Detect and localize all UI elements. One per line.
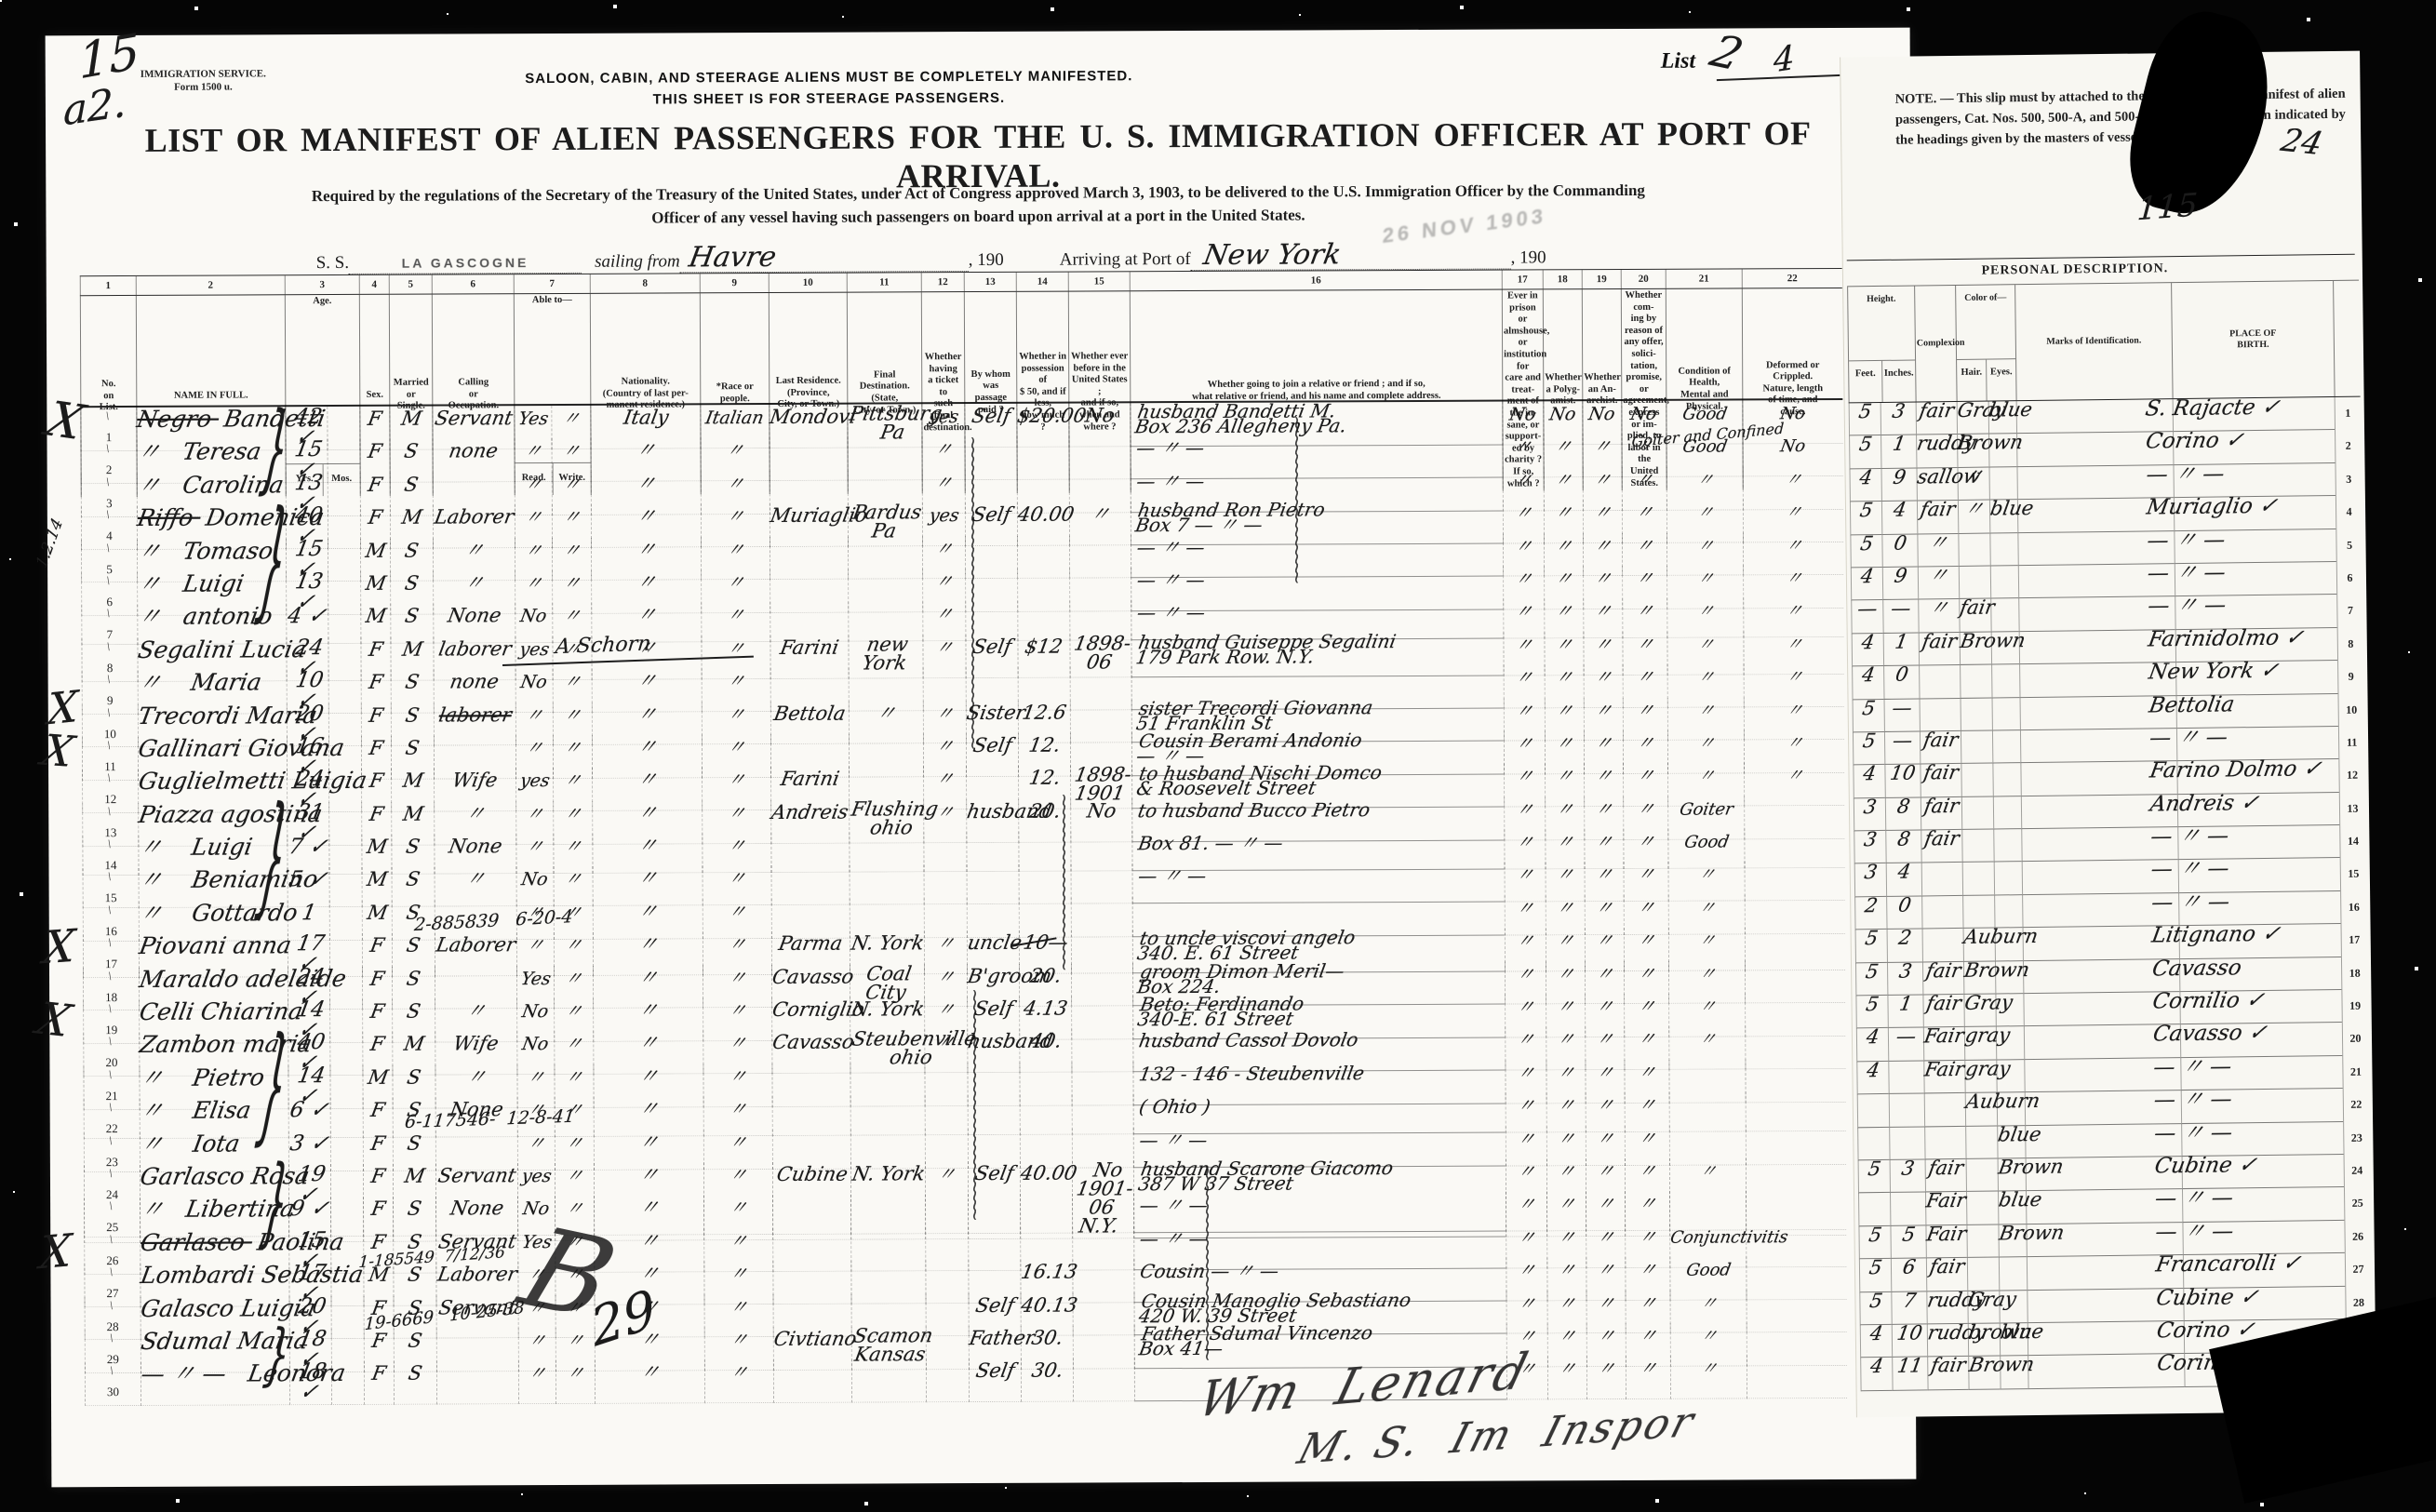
col-label: Able to—: [515, 294, 590, 308]
hw-c20: 〃: [1636, 768, 1656, 784]
slip-cell-cx: Fair: [1923, 1061, 1964, 1094]
cell-c19: 〃: [1586, 1356, 1626, 1399]
slip-cell-inch: 4: [1881, 502, 1917, 535]
slip-cell-inch: 8: [1885, 831, 1921, 864]
slip-cell-pob: Corino ✓: [2173, 430, 2335, 465]
cell-res: [773, 1359, 851, 1403]
slip-cell-cx: ruddy: [1926, 1291, 1967, 1324]
slip-cell-hair: [1967, 1258, 1999, 1291]
col-header: Calling or Occupation.: [432, 294, 515, 495]
hw-nat: 〃: [636, 705, 658, 724]
hw-c19: 〃: [1596, 1360, 1616, 1377]
slip-cell-pob: — 〃 —: [2182, 1187, 2344, 1223]
slip-cell-sn: 4: [2336, 496, 2362, 529]
slip-cell-inch: 2: [1887, 930, 1922, 963]
hw-c17: 〃: [1515, 834, 1535, 850]
slip-cell-pob: — 〃 —: [2178, 891, 2340, 927]
row-tick: \: [85, 1264, 137, 1279]
hw-race: 〃: [727, 771, 747, 788]
hw-occ: Laborer: [435, 936, 516, 955]
form-id: IMMIGRATION SERVICE. Form 1500 u.: [141, 68, 266, 94]
hw-pob: — 〃 —: [2152, 1091, 2233, 1112]
hw-ticket: 〃: [936, 1035, 957, 1051]
slip-cell-inch: 0: [1886, 896, 1921, 930]
hw-c17: 〃: [1516, 1098, 1536, 1115]
hw-c17: 〃: [1514, 702, 1534, 719]
hw-money: 30.: [1030, 1362, 1064, 1381]
slip-cell-cx: fair: [1917, 501, 1958, 534]
slip-header-row: Height. Feet. Inches. Complexion Color o…: [1847, 280, 2360, 404]
slip-cell-ft: 5: [1850, 502, 1881, 535]
hw-ticket: yes: [928, 507, 960, 524]
hw-inch: 1: [1898, 996, 1914, 1014]
slip-cell-cx: [1924, 1126, 1965, 1159]
slip-cell-ft: 4: [1852, 634, 1883, 667]
hw-yrs: 1: [301, 903, 317, 924]
cell-ms: S: [394, 1361, 436, 1405]
hw-health: 〃: [1696, 769, 1716, 784]
col-number: 3: [285, 275, 359, 294]
cell-money: 30.: [1021, 1358, 1073, 1402]
hw-ft: 5: [1857, 435, 1873, 454]
hw-sex: F: [370, 1200, 387, 1219]
cell-dest: Flushing ohio: [849, 799, 923, 843]
annotation-list-no: 4: [1773, 44, 1795, 77]
slip-cell-inch: [1890, 1193, 1925, 1226]
hw-c17: 〃: [1516, 1064, 1536, 1081]
col-header: *Race or people.: [700, 293, 770, 494]
col-number: 11: [847, 273, 921, 291]
hw-c17: 〃: [1513, 439, 1533, 456]
col-header: Whether com- ing by reason of any offer,…: [1621, 289, 1666, 490]
slip-cell-ft: [1857, 1094, 1889, 1128]
hw-health: 〃: [1696, 735, 1716, 751]
hw-cx: fair: [1925, 995, 1962, 1013]
hw-pob: Corino ✓: [2155, 1320, 2256, 1342]
col-number: 20: [1621, 270, 1666, 288]
hw-ticket: 〃: [934, 639, 955, 656]
color-of-label: Color of—: [1956, 290, 2014, 306]
hw-read: 〃: [523, 542, 543, 559]
slip-cell-sn: 24: [2344, 1155, 2370, 1188]
hw-ms: S: [406, 1003, 422, 1022]
hw-c17: 〃: [1517, 1229, 1537, 1246]
slip-cell-cx: fair: [1925, 1159, 1966, 1193]
hw-c18: 〃: [1557, 1197, 1577, 1213]
annotation-slip-no-115: 115: [2136, 191, 2199, 223]
hw-c17: 〃: [1515, 933, 1535, 950]
hw-nat: 〃: [637, 1133, 660, 1152]
hw-cx: 〃: [1927, 567, 1949, 585]
slip-cell-eyes: [1999, 1257, 2027, 1291]
hw-def: 〃: [1784, 570, 1803, 586]
hw-read: yes: [520, 1168, 553, 1184]
hw-eyes: blue: [1997, 1191, 2042, 1211]
slip-cell-ft: 5: [1859, 1291, 1891, 1325]
col-number: 22: [1742, 269, 1842, 288]
row-tick: \: [85, 1232, 137, 1247]
hw-eyes: blue: [1988, 401, 2033, 421]
slip-cell-ft: 5: [1855, 930, 1887, 963]
slip-cell-pob: Muriaglio ✓: [2174, 496, 2336, 531]
row-tick: \: [86, 1298, 138, 1313]
col-number: 15: [1068, 272, 1130, 290]
col-number: 19: [1582, 270, 1621, 288]
hw-occ: Servant: [436, 1167, 517, 1185]
hw-money: 4.13: [1023, 1000, 1069, 1019]
hw-dest: N. York: [850, 1000, 925, 1019]
hw-rel: sister Trecordi Giovanna 51 Franklin St: [1130, 700, 1374, 730]
slip-cell-hair: Gray: [1967, 1291, 1999, 1324]
hw-c20: 〃: [1635, 636, 1655, 653]
col-label: Ever in prison or almshouse, or institut…: [1503, 289, 1544, 490]
hw-c20: 〃: [1638, 1196, 1658, 1212]
hw-dest: Scamon Kansas: [849, 1327, 934, 1364]
hw-cx: fair: [1919, 501, 1956, 519]
row-tick: \: [83, 672, 135, 687]
col-number: 14: [1016, 273, 1068, 291]
hw-ms: S: [407, 1200, 423, 1219]
hw-c17: 〃: [1516, 998, 1536, 1015]
slip-cell-ft: 5: [1858, 1160, 1890, 1194]
hw-ms: S: [407, 1266, 423, 1285]
col-number: 13: [964, 273, 1016, 291]
hw-ft: 4: [1868, 1358, 1884, 1376]
hw-rel: groom Dimon Meril— Box 224.: [1131, 963, 1345, 994]
slip-cell-ft: 3: [1854, 798, 1885, 832]
hw-race: 〃: [728, 1101, 748, 1117]
annotation-x-mark: X: [39, 1231, 73, 1275]
height-column-header: Height. Feet. Inches.: [1847, 287, 1916, 403]
hw-health: 〃: [1695, 472, 1715, 488]
slip-cell-hair: gray: [1964, 1027, 1996, 1061]
hw-c18: 〃: [1556, 1032, 1576, 1049]
hw-ft: 4: [1860, 666, 1876, 685]
row-tick: \: [83, 704, 135, 719]
hw-health: 〃: [1697, 900, 1717, 916]
hw-nat: 〃: [636, 804, 659, 823]
slip-cell-cx: fair: [1922, 962, 1963, 996]
hw-c19: 〃: [1593, 669, 1613, 686]
slip-cell-ft: 5: [1849, 403, 1881, 436]
annotation-x-mark: X: [42, 927, 76, 970]
hw-inch: —: [1891, 699, 1913, 717]
hw-ticket: 〃: [933, 442, 954, 459]
hw-health: 〃: [1696, 636, 1716, 652]
hw-pob: — 〃 —: [2152, 1123, 2233, 1144]
hw-def: 〃: [1784, 538, 1803, 554]
hw-ft: 4: [1858, 469, 1874, 488]
hw-health: Good: [1683, 835, 1731, 850]
hw-write: 〃: [562, 674, 582, 690]
hw-name: 〃 Maria: [137, 671, 263, 693]
hw-pob: — 〃 —: [2152, 1057, 2233, 1078]
hw-health: 〃: [1696, 702, 1716, 718]
hw-pob: — 〃 —: [2149, 892, 2230, 914]
hw-c19: 〃: [1596, 1196, 1616, 1212]
slip-cell-cx: fair: [1921, 830, 1961, 863]
hw-rel: — 〃 —: [1130, 474, 1205, 488]
slip-cell-cx: sallow: [1916, 468, 1957, 502]
hw-name: Segalini Lucia: [136, 638, 308, 662]
cell-dest: Scamon Kansas: [851, 1326, 926, 1370]
hw-rel: husband Guiseppe Segalini 179 Park Row. …: [1130, 634, 1398, 664]
hw-write: 〃: [564, 1069, 584, 1086]
hw-health: 〃: [1697, 999, 1717, 1015]
col-label: NAME IN FULL.: [137, 389, 285, 403]
hw-race: 〃: [726, 673, 746, 689]
hw-pob: Andreis ✓: [2148, 794, 2260, 815]
hw-c19: 〃: [1593, 702, 1613, 719]
hw-sex: M: [366, 904, 389, 923]
manifest-row: \30— 〃 — Leonora18 ✓FS〃〃〃〃Self30.〃〃〃〃〃: [85, 1355, 1847, 1396]
col-label: Whether com- ing by reason of any offer,…: [1622, 289, 1666, 490]
hw-ms: S: [404, 674, 421, 692]
hw-c19: 〃: [1594, 900, 1614, 917]
hw-c17: 〃: [1517, 1263, 1537, 1279]
hw-race: 〃: [726, 574, 746, 591]
hw-pob: — 〃 —: [2148, 728, 2229, 749]
cell-ever: [1073, 1358, 1134, 1402]
hw-sex: F: [368, 706, 384, 725]
hw-pob: — 〃 —: [2154, 1222, 2235, 1243]
date-suffix-1: , 190: [969, 250, 1004, 271]
col-header: Ever in prison or almshouse, or institut…: [1502, 289, 1544, 490]
slip-cell-inch: 9: [1882, 567, 1918, 600]
hw-def: 〃: [1785, 768, 1804, 783]
slip-cell-cx: Fair: [1925, 1225, 1966, 1259]
hw-c20: 〃: [1638, 1294, 1658, 1311]
col-number: 2: [136, 275, 285, 295]
hw-sex: M: [364, 542, 387, 560]
slip-cell-ft: 5: [1855, 996, 1887, 1029]
slip-cell-ft: 4: [1860, 1358, 1892, 1391]
hw-def: 〃: [1785, 735, 1804, 751]
hw-c20: 〃: [1636, 932, 1656, 949]
slip-cell-cx: 〃: [1917, 534, 1958, 568]
hw-c20: 〃: [1637, 1031, 1657, 1048]
hw-c18: 〃: [1553, 538, 1573, 555]
hw-ms: S: [406, 1068, 422, 1087]
hw-c20: 〃: [1635, 735, 1655, 752]
row-tick: \: [83, 836, 135, 851]
hw-inch: 10: [1895, 1324, 1923, 1343]
hw-ms: M: [399, 410, 422, 429]
slip-cell-hair: [1961, 796, 1993, 830]
hw-race: 〃: [725, 542, 745, 558]
hw-pob: Muriaglio ✓: [2145, 497, 2279, 519]
slip-cell-eyes: [1989, 533, 2017, 567]
hw-sex: M: [365, 838, 388, 857]
hw-sex: F: [367, 476, 383, 495]
hw-nat: 〃: [636, 673, 658, 691]
hw-money: 40.: [1028, 1033, 1063, 1051]
hw-c19: 〃: [1596, 1229, 1616, 1246]
slip-cell-eyes: [1988, 467, 2016, 501]
list-label: List: [1661, 49, 1695, 74]
slip-cell-ft: 2: [1854, 897, 1886, 930]
hw-c20: 〃: [1636, 900, 1656, 917]
hw-write: 〃: [563, 871, 583, 888]
hw-ticket: 〃: [936, 1001, 957, 1018]
hw-pob: — 〃 —: [2145, 464, 2226, 486]
hw-ft: 4: [1868, 1325, 1884, 1344]
hw-occ: 〃: [465, 1068, 488, 1087]
hw-money: $20.00: [1016, 407, 1088, 425]
hw-ft: 5: [1864, 963, 1880, 982]
hw-c18: No: [1548, 406, 1577, 422]
hw-health: 〃: [1696, 670, 1716, 686]
cell-c20: 〃: [1626, 1356, 1670, 1399]
hw-paid: Self: [974, 1296, 1016, 1315]
hw-health: 〃: [1695, 604, 1715, 620]
slip-cell-sn: 17: [2341, 924, 2367, 957]
hw-name: 〃 Iota: [139, 1132, 242, 1155]
hw-pob: Farino Dolmo ✓: [2148, 759, 2323, 782]
hw-c17: 〃: [1515, 900, 1535, 917]
hw-c17: 〃: [1514, 570, 1534, 587]
hw-name: 〃 Tomaso: [136, 540, 274, 562]
hw-c20: 〃: [1637, 1130, 1657, 1146]
hw-read: 〃: [523, 476, 543, 493]
col-header: Whether ever before in the United States…: [1068, 291, 1131, 492]
annotation-slip-no-24: 24: [2279, 127, 2326, 158]
slip-cell-sn: 23: [2343, 1121, 2369, 1155]
row-tick: \: [82, 573, 134, 588]
arrival-port-field: New York: [1191, 242, 1511, 272]
hw-race: 〃: [725, 442, 745, 459]
hw-sex: F: [370, 1332, 387, 1351]
slip-cell-eyes: Brown: [1998, 1224, 2026, 1258]
hw-res: Civtiano: [772, 1331, 858, 1349]
hw-rel: — 〃 —: [1132, 1132, 1208, 1147]
hw-c18: 〃: [1554, 604, 1574, 621]
hw-nat: 〃: [637, 1035, 660, 1053]
hw-inch: 8: [1896, 831, 1912, 850]
cell-paid: Self: [969, 1358, 1021, 1402]
hw-res: Cavasso: [770, 968, 855, 986]
hw-ms: M: [400, 509, 423, 528]
hw-money: 40.00: [1019, 1165, 1078, 1184]
col-header: Whether in possession of $ 50, and if le…: [1016, 292, 1069, 493]
slip-cell-cx: 〃: [1918, 567, 1959, 600]
hw-race: 〃: [728, 1068, 748, 1085]
slip-cell-sn: 19: [2341, 990, 2367, 1024]
hw-sex: F: [368, 674, 384, 692]
hw-c18: 〃: [1554, 702, 1574, 719]
slip-cell-hair: 〃: [1958, 501, 1989, 534]
hw-read: 〃: [526, 1069, 546, 1086]
hw-race: 〃: [727, 837, 747, 854]
row-tick: \: [84, 969, 136, 983]
row-tick: \: [84, 1034, 136, 1049]
slip-cell-pob: Farinidolmo ✓: [2175, 628, 2337, 663]
slip-cell-eyes: [1992, 698, 2020, 731]
slip-cell-sn: 3: [2335, 462, 2361, 496]
hw-inch: —: [1894, 1028, 1917, 1047]
hw-race: 〃: [729, 1299, 749, 1316]
hw-yrs: 5 ✓: [288, 871, 329, 891]
hw-c17: 〃: [1513, 538, 1533, 555]
hw-c17: 〃: [1514, 636, 1534, 653]
hw-cx: fair: [1921, 633, 1958, 651]
slip-cell-pob: Cubine ✓: [2183, 1286, 2345, 1321]
hw-inch: 10: [1889, 765, 1917, 783]
hw-sex: F: [369, 1102, 386, 1120]
hw-read: 〃: [524, 575, 544, 592]
hw-ticket: 〃: [934, 606, 955, 622]
slip-cell-inch: 5: [1890, 1225, 1925, 1259]
hw-eyes: blue: [1997, 1125, 2042, 1144]
hw-rel: Cousin Manoglio Sebastiano 420 W. 39 Str…: [1132, 1292, 1412, 1323]
hw-occ: None: [448, 1200, 504, 1219]
col-number: 7: [514, 274, 590, 293]
hw-write: 〃: [563, 806, 583, 823]
hw-read: 〃: [525, 838, 545, 855]
hw-rel: — 〃 —: [1131, 605, 1206, 620]
slip-cell-eyes: [1991, 664, 2019, 698]
cell-sex: F: [364, 1361, 394, 1405]
slip-cell-hair: Brown: [1957, 435, 1988, 468]
hw-res: Cubine: [775, 1166, 849, 1184]
hw-c17: 〃: [1516, 1163, 1536, 1180]
slip-cell-pob: — 〃 —: [2175, 595, 2336, 630]
hw-ticket: 〃: [933, 475, 954, 491]
complexion-column-header: Complexion: [1914, 286, 1957, 402]
hw-ms: S: [406, 1134, 422, 1153]
hw-pob: Cornilio ✓: [2151, 991, 2266, 1012]
hw-ft: 4: [1862, 765, 1878, 783]
cell-dest: Pardus Pa: [848, 502, 922, 546]
col-number: 10: [769, 274, 847, 292]
hw-pob: — 〃 —: [2146, 563, 2227, 584]
hw-c18: 〃: [1557, 1262, 1577, 1278]
slip-cell-inch: 11: [1892, 1358, 1927, 1391]
slip-cell-ft: 5: [1853, 732, 1884, 766]
steerage-line2: THIS SHEET IS FOR STEERAGE PASSENGERS.: [653, 89, 1006, 107]
slip-cell-pob: Cubine ✓: [2182, 1155, 2344, 1190]
slip-cell-pob: — 〃 —: [2181, 1089, 2343, 1124]
hw-nat: 〃: [638, 1232, 661, 1251]
hw-c17: 〃: [1516, 1131, 1536, 1147]
slip-cell-inch: 6: [1891, 1259, 1926, 1292]
hw-race: 〃: [728, 1002, 748, 1019]
hw-c19: 〃: [1594, 966, 1614, 983]
slip-cell-eyes: blue: [1988, 401, 2016, 435]
hw-read: 〃: [525, 937, 545, 954]
slip-cell-ft: 4: [1853, 765, 1884, 798]
hw-name: 〃 Luigi: [137, 836, 254, 858]
row-tick: \: [83, 804, 135, 819]
hw-c20: 〃: [1635, 702, 1655, 718]
slip-cell-cx: ruddy: [1927, 1324, 1968, 1358]
hw-inch: 4: [1892, 502, 1907, 520]
hw-paid: Self: [974, 1362, 1016, 1381]
slip-cell-inch: 8: [1885, 797, 1921, 831]
slip-cell-inch: 10: [1884, 765, 1920, 798]
hw-nat: 〃: [636, 738, 658, 756]
hw-hair: Auburn: [1964, 1092, 2041, 1112]
col-header: Whether having a ticket to such final de…: [921, 292, 965, 493]
hw-ft: 5: [1864, 930, 1880, 948]
hw-c17: 〃: [1517, 1197, 1537, 1213]
cell-dest: Steubenville ohio: [850, 1030, 924, 1074]
slip-cell-inch: —: [1882, 600, 1918, 634]
row-tick: \: [84, 1001, 136, 1016]
hw-ticket: 〃: [935, 770, 956, 787]
hw-inch: 1: [1891, 435, 1907, 454]
hw-ticket: 〃: [934, 738, 955, 755]
